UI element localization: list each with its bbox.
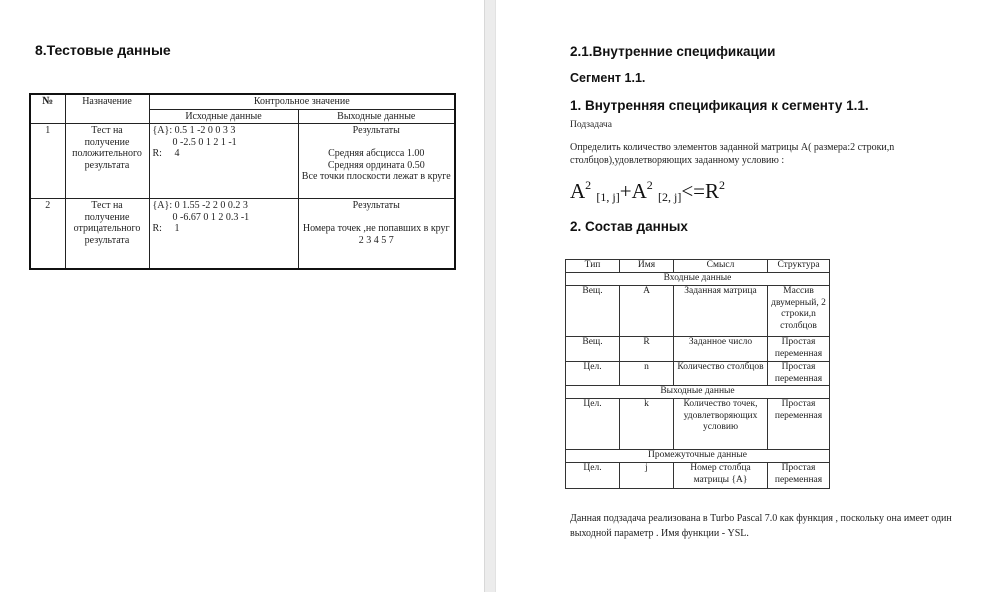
formula-a2: A <box>632 179 647 203</box>
data-composition-table: ТипИмяСмыслСтруктура Входные данныеВещ.A… <box>565 259 830 489</box>
header-input-data: Исходные данные <box>149 109 298 124</box>
test-output: РезультатыСредняя абсцисса 1.00Средняя о… <box>298 124 455 199</box>
formula-cmp: <= <box>681 179 705 203</box>
section-heading-internal-specs: 2.1.Внутренние спецификации <box>570 44 775 59</box>
output-line: 2 3 4 5 7 <box>302 235 452 247</box>
page-gutter <box>484 0 496 592</box>
test-num: 1 <box>30 124 65 199</box>
input-line: 0 -2.5 0 1 2 1 -1 <box>153 137 295 149</box>
test-table-row: 1Тест на получение положительного резуль… <box>30 124 455 199</box>
task-description: Определить количество элементов заданной… <box>570 141 950 167</box>
formula-sq3: 2 <box>719 178 725 192</box>
test-input: {A}: 0.5 1 -2 0 0 3 3 0 -2.5 0 1 2 1 -1R… <box>149 124 298 199</box>
header-num: № <box>30 94 65 124</box>
output-line: Средняя ордината 0.50 <box>302 160 452 172</box>
output-line: Результаты <box>302 125 452 137</box>
output-line <box>302 212 452 224</box>
implementation-note: Данная подзадача реализована в Turbo Pas… <box>570 511 990 541</box>
output-line: Средняя абсцисса 1.00 <box>302 148 452 160</box>
output-line <box>302 137 452 149</box>
cell-type: Цел. <box>566 463 620 489</box>
formula-sq1: 2 <box>585 178 591 192</box>
formula-plus: + <box>620 179 632 203</box>
cell-name: A <box>620 286 674 337</box>
cell-name: R <box>620 337 674 362</box>
data-table-row: Цел.kКоличество точек, удовлетворяющих у… <box>566 399 830 450</box>
test-input: {A}: 0 1.55 -2 2 0 0.2 3 0 -6.67 0 1 2 0… <box>149 199 298 269</box>
formula-idx1: [1, j] <box>596 190 619 204</box>
column-header: Тип <box>566 260 620 273</box>
cell-meaning: Номер столбца матрицы {A} <box>674 463 768 489</box>
cell-structure: Простая переменная <box>768 362 830 386</box>
input-line: R: 4 <box>153 148 295 160</box>
test-purpose: Тест на получение отрицательного результ… <box>65 199 149 269</box>
column-header: Смысл <box>674 260 768 273</box>
output-line: Все точки плоскости лежат в круге <box>302 171 452 183</box>
test-table-row: 2Тест на получение отрицательного резуль… <box>30 199 455 269</box>
subtask-label: Подзадача <box>570 119 612 131</box>
test-data-table: № Назначение Контрольное значение Исходн… <box>29 93 456 270</box>
document-page-left: 8.Тестовые данные № Назначение Контрольн… <box>0 0 484 592</box>
data-composition-heading: 2. Состав данных <box>570 219 688 234</box>
input-line: {A}: 0.5 1 -2 0 0 3 3 <box>153 125 295 137</box>
data-table-row: Вещ.RЗаданное числоПростая переменная <box>566 337 830 362</box>
header-purpose: Назначение <box>65 94 149 124</box>
column-header: Структура <box>768 260 830 273</box>
cell-type: Цел. <box>566 399 620 450</box>
cell-structure: Простая переменная <box>768 463 830 489</box>
cell-type: Цел. <box>566 362 620 386</box>
cell-meaning: Количество столбцов <box>674 362 768 386</box>
condition-formula: A2 [1, j]+A2 [2, j]<=R2 <box>570 178 725 205</box>
formula-r: R <box>705 179 719 203</box>
cell-meaning: Количество точек, удовлетворяющих услови… <box>674 399 768 450</box>
cell-structure: Простая переменная <box>768 399 830 450</box>
input-line: R: 1 <box>153 223 295 235</box>
formula-a1: A <box>570 179 585 203</box>
column-header: Имя <box>620 260 674 273</box>
cell-meaning: Заданная матрица <box>674 286 768 337</box>
cell-meaning: Заданное число <box>674 337 768 362</box>
data-table-row: Цел.nКоличество столбцовПростая переменн… <box>566 362 830 386</box>
formula-sq2: 2 <box>647 178 653 192</box>
section-title: Входные данные <box>566 273 830 286</box>
data-table-row: Цел.jНомер столбца матрицы {A}Простая пе… <box>566 463 830 489</box>
data-table-row: Вещ.AЗаданная матрицаМассив двумерный, 2… <box>566 286 830 337</box>
output-line: Номера точек ,не попавших в круг <box>302 223 452 235</box>
segment-heading: Сегмент 1.1. <box>570 71 645 85</box>
cell-type: Вещ. <box>566 286 620 337</box>
cell-structure: Массив двумерный, 2 строки,n столбцов <box>768 286 830 337</box>
cell-type: Вещ. <box>566 337 620 362</box>
input-line: 0 -6.67 0 1 2 0.3 -1 <box>153 212 295 224</box>
header-control-value: Контрольное значение <box>149 94 455 109</box>
cell-name: n <box>620 362 674 386</box>
cell-name: j <box>620 463 674 489</box>
input-line: {A}: 0 1.55 -2 2 0 0.2 3 <box>153 200 295 212</box>
spec-heading: 1. Внутренняя спецификация к сегменту 1.… <box>570 98 869 113</box>
test-num: 2 <box>30 199 65 269</box>
cell-name: k <box>620 399 674 450</box>
section-heading-test-data: 8.Тестовые данные <box>35 42 171 58</box>
cell-structure: Простая переменная <box>768 337 830 362</box>
test-output: РезультатыНомера точек ,не попавших в кр… <box>298 199 455 269</box>
test-purpose: Тест на получение положительного результ… <box>65 124 149 199</box>
section-title: Выходные данные <box>566 386 830 399</box>
section-title: Промежуточные данные <box>566 450 830 463</box>
formula-idx2: [2, j] <box>658 190 681 204</box>
output-line: Результаты <box>302 200 452 212</box>
header-output-data: Выходные данные <box>298 109 455 124</box>
